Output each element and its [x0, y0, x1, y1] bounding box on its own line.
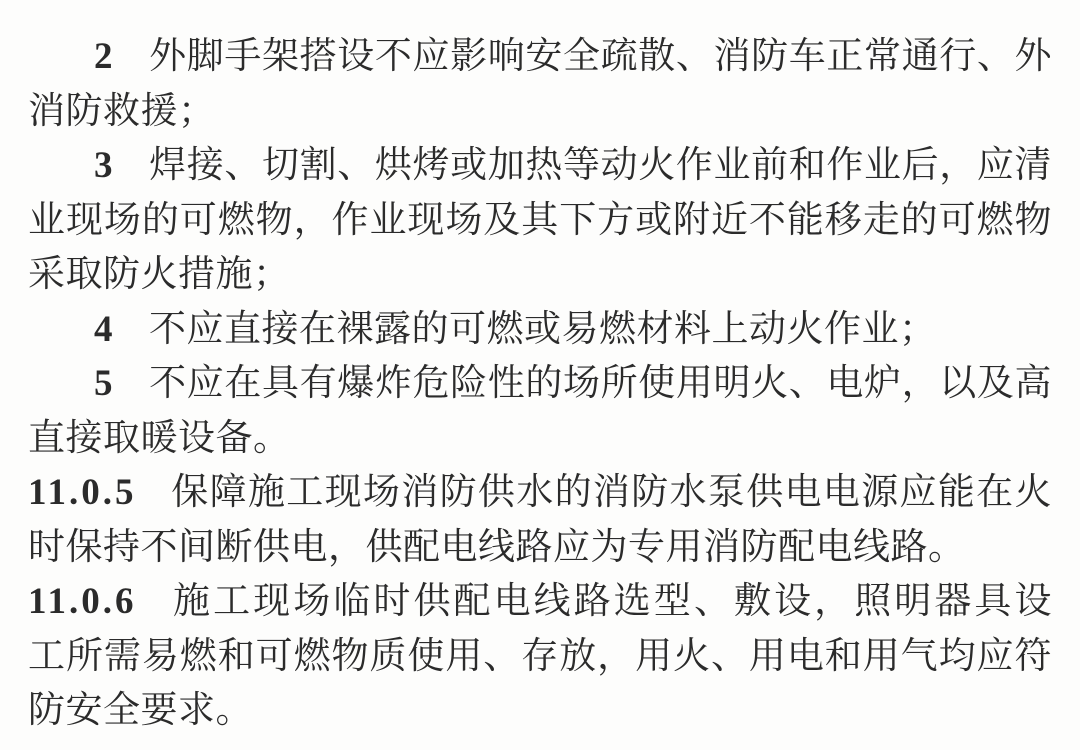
- line-text: 焊接、切割、烘烤或加热等动火作业前和作业后，应清理作: [94, 145, 1052, 194]
- line-text: 不应在具有爆炸危险性的场所使用明火、电炉，以及高温: [94, 363, 1052, 412]
- line-text: 时保持不间断供电，供配电线路应为专用消防配电线路。: [28, 527, 966, 568]
- line-text: 消防救援；: [28, 91, 216, 132]
- item-number: 2: [94, 36, 113, 77]
- body-line: 业现场的可燃物，作业现场及其下方或附近不能移走的可燃物应: [28, 194, 1052, 249]
- line-text: 采取防火措施；: [28, 254, 291, 295]
- line-text: 施工现场临时供配电线路选型、敷设，照明器具设置，施: [28, 581, 1052, 630]
- line-text: 业现场的可燃物，作业现场及其下方或附近不能移走的可燃物应: [28, 200, 1052, 249]
- body-line: 采取防火措施；: [28, 248, 1052, 303]
- line-text: 不应直接在裸露的可燃或易燃材料上动火作业；: [149, 309, 937, 350]
- document-page: 2外脚手架搭设不应影响安全疏散、消防车正常通行、外部 消防救援； 3焊接、切割、…: [0, 0, 1080, 750]
- item-line-4: 4不应直接在裸露的可燃或易燃材料上动火作业；: [28, 303, 1052, 358]
- clause-line-11-0-6: 11.0.6施工现场临时供配电线路选型、敷设，照明器具设置，施: [28, 575, 1052, 630]
- item-number: 3: [94, 145, 113, 186]
- body-line: 直接取暖设备。: [28, 412, 1052, 467]
- item-line-5: 5不应在具有爆炸危险性的场所使用明火、电炉，以及高温: [28, 357, 1052, 412]
- line-text: 直接取暖设备。: [28, 418, 291, 459]
- line-text: 防安全要求。: [28, 690, 253, 731]
- item-line-3: 3焊接、切割、烘烤或加热等动火作业前和作业后，应清理作: [28, 139, 1052, 194]
- line-text: 保障施工现场消防供水的消防水泵供电电源应能在火灾: [28, 472, 1052, 521]
- item-number: 5: [94, 363, 113, 404]
- line-text: 外脚手架搭设不应影响安全疏散、消防车正常通行、外部: [94, 36, 1052, 85]
- clause-line-11-0-5: 11.0.5保障施工现场消防供水的消防水泵供电电源应能在火灾: [28, 466, 1052, 521]
- body-line: 防安全要求。: [28, 684, 1052, 739]
- body-line: 时保持不间断供电，供配电线路应为专用消防配电线路。: [28, 521, 1052, 576]
- body-line: 消防救援；: [28, 85, 1052, 140]
- clause-number: 11.0.6: [28, 581, 136, 622]
- item-line-2: 2外脚手架搭设不应影响安全疏散、消防车正常通行、外部: [28, 30, 1052, 85]
- clause-number: 11.0.5: [28, 472, 136, 513]
- line-text: 工所需易燃和可燃物质使用、存放，用火、用电和用气均应符合消: [28, 636, 1052, 685]
- item-number: 4: [94, 309, 113, 350]
- body-line: 工所需易燃和可燃物质使用、存放，用火、用电和用气均应符合消: [28, 630, 1052, 685]
